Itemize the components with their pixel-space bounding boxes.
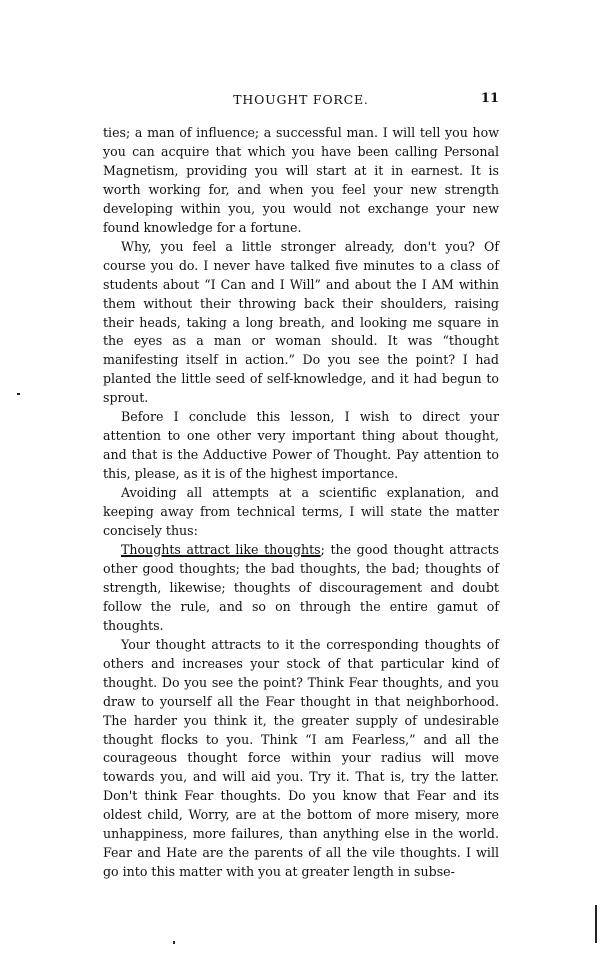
- scan-speck: [17, 393, 20, 395]
- paragraph-2: Why, you feel a little stronger already,…: [103, 238, 499, 409]
- scan-speck: [173, 941, 175, 944]
- body-text: ties; a man of influence; a successful m…: [103, 124, 499, 882]
- paragraph-1: ties; a man of influence; a successful m…: [103, 124, 499, 238]
- paragraph-5: Thoughts attract like thoughts; the good…: [103, 541, 499, 636]
- paragraph-4: Avoiding all attempts at a scientific ex…: [103, 484, 499, 541]
- underlined-phrase: Thoughts attract like thoughts: [121, 542, 321, 557]
- page-header: THOUGHT FORCE. 11: [103, 90, 499, 112]
- paragraph-3: Before I conclude this lesson, I wish to…: [103, 408, 499, 484]
- running-title: THOUGHT FORCE.: [103, 92, 499, 107]
- scan-edge-line: [595, 905, 597, 943]
- paragraph-6: Your thought attracts to it the correspo…: [103, 636, 499, 882]
- page-number: 11: [481, 91, 499, 106]
